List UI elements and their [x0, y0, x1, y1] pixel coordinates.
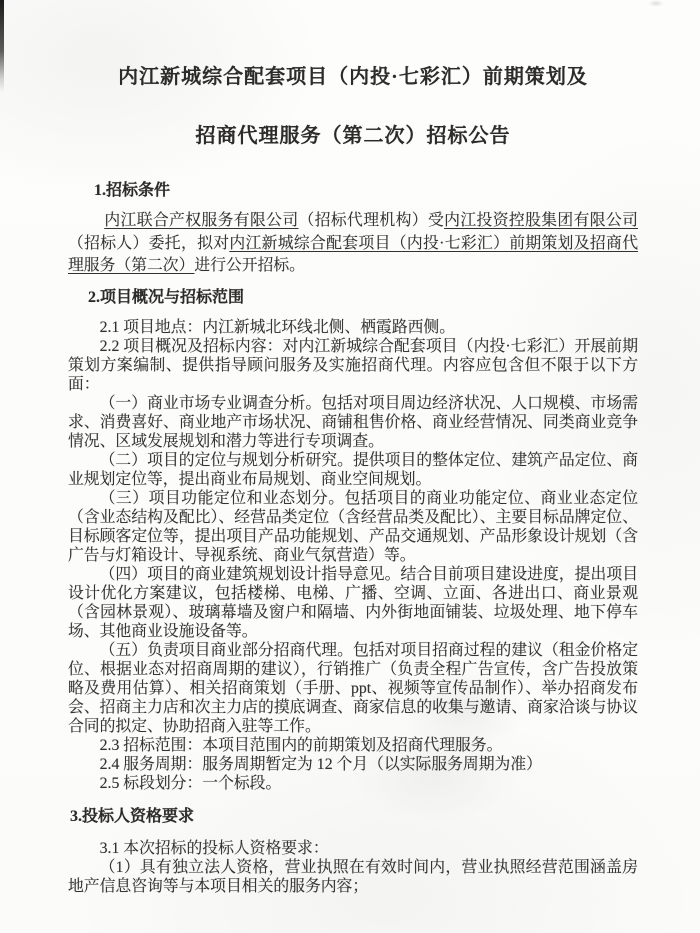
para-2-4: 2.4 服务周期：服务周期暂定为 12 个月（以实际服务周期为准） — [68, 755, 638, 774]
doc-title-line-2: 招商代理服务（第二次）招标公告 — [68, 123, 638, 149]
section-1-paragraph: 内江联合产权服务有限公司（招标代理机构）受内江投资控股集团有限公司（招标人）委托… — [68, 210, 638, 278]
owner-name-underlined: 内江投资控股集团有限公司 — [444, 212, 638, 229]
scanned-document-page: 内江新城综合配套项目（内投·七彩汇）前期策划及 招商代理服务（第二次）招标公告 … — [0, 0, 700, 933]
para-scope-item-3: （三）项目功能定位和业态划分。包括项目的商业功能定位、商业业态定位（含业态结构及… — [68, 489, 638, 565]
document-body: 内江新城综合配套项目（内投·七彩汇）前期策划及 招商代理服务（第二次）招标公告 … — [0, 0, 700, 896]
para-3-1-item-1: （1）具有独立法人资格，营业执照在有效时间内，营业执照经营范围涵盖房地产信息咨询… — [68, 858, 638, 896]
section-1-heading: 1.招标条件 — [68, 180, 638, 201]
para-2-1: 2.1 项目地点：内江新城北环线北侧、栖霞路西侧。 — [68, 318, 638, 337]
agency-role-text: （招标代理机构）受 — [299, 212, 445, 229]
para-2-2: 2.2 项目概况及招标内容：对内江新城综合配套项目（内投·七彩汇）开展前期策划方… — [68, 337, 638, 394]
section-2-heading: 2.项目概况与招标范围 — [68, 287, 638, 308]
para-scope-item-2: （二）项目的定位与规划分析研究。提供项目的整体定位、建筑产品定位、商业规划定位等… — [68, 451, 638, 489]
para-2-5: 2.5 标段划分：一个标段。 — [68, 774, 638, 793]
owner-role-text: （招标人）委托，拟对 — [68, 235, 229, 252]
closing-text: 进行公开招标。 — [194, 257, 305, 274]
para-scope-item-5: （五）负责项目商业部分招商代理。包括对项目招商过程的建议（租金价格定位、根据业态… — [68, 641, 638, 736]
agency-name-underlined: 内江联合产权服务有限公司 — [104, 212, 298, 229]
para-scope-item-4: （四）项目的商业建筑规划设计指导意见。结合目前项目建设进度，提出项目设计优化方案… — [68, 565, 638, 641]
para-3-1: 3.1 本次招标的投标人资格要求： — [68, 839, 638, 858]
para-scope-item-1: （一）商业市场专业调查分析。包括对项目周边经济状况、人口规模、市场需求、消费喜好… — [68, 394, 638, 451]
section-3-heading: 3.投标人资格要求 — [68, 806, 638, 827]
doc-title-line-1: 内江新城综合配套项目（内投·七彩汇）前期策划及 — [68, 64, 638, 90]
para-2-3: 2.3 招标范围：本项目范围内的前期策划及招商代理服务。 — [68, 736, 638, 755]
